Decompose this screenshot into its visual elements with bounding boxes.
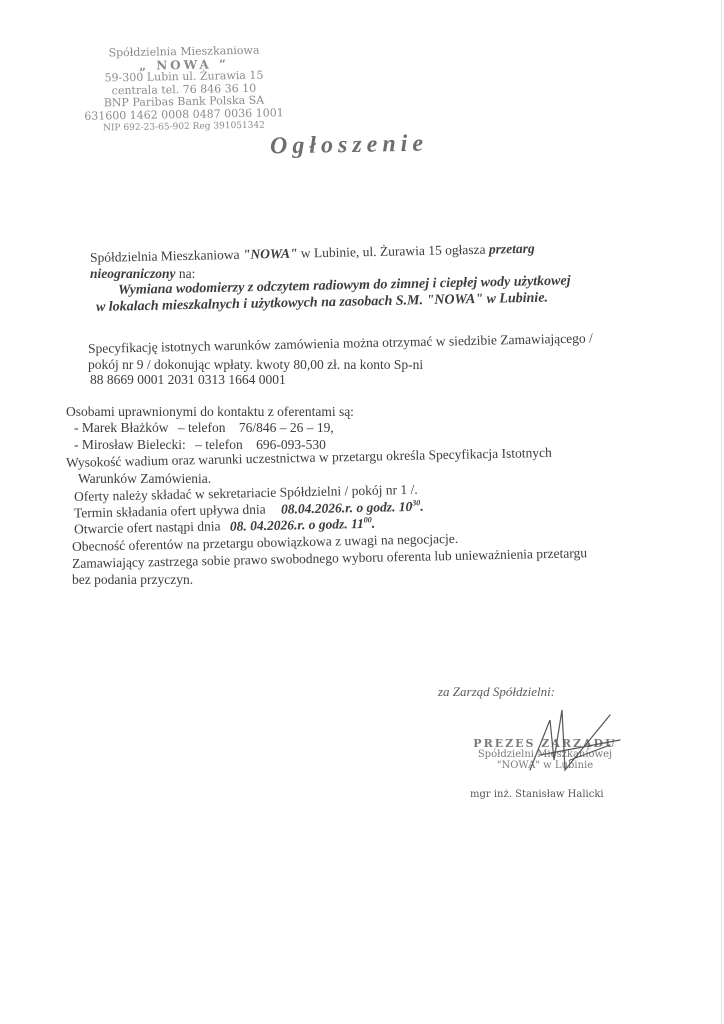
opening-minutes: 00 xyxy=(364,515,372,524)
intro-line-2: nieograniczony na: xyxy=(90,266,195,282)
contacts-heading: Osobami uprawnionymi do kontaktu z ofere… xyxy=(66,404,354,420)
deadline-date: 08.04.2026.r. o godz. 10 xyxy=(281,498,413,516)
intro-text: na: xyxy=(176,266,196,281)
company-stamp: Spółdzielnia Mieszkaniowa „ NOWA ” 59-30… xyxy=(84,46,284,134)
deadline-minutes: 30 xyxy=(412,498,420,507)
cooperative-name: "NOWA" xyxy=(243,246,298,262)
reserve-line-2: bez podania przyczyn. xyxy=(72,572,193,588)
deadline-value: 08.04.2026.r. o godz. 1030. xyxy=(281,498,424,516)
contact-name: - Marek Błażków xyxy=(74,420,168,435)
opening-date: 08. 04.2026.r. o godz. 11 xyxy=(230,515,364,533)
tender-type: przetarg xyxy=(489,241,535,257)
document-title: Ogłoszenie xyxy=(270,131,428,161)
stamp-line: NIP 692-23-65-902 Reg 391051342 xyxy=(84,119,284,135)
opening-value: 08. 04.2026.r. o godz. 1100. xyxy=(230,515,376,533)
signature-label: za Zarząd Spółdzielni: xyxy=(438,684,555,700)
intro-line-1: Spółdzielnia Mieszkaniowa "NOWA" w Lubin… xyxy=(90,241,535,266)
contact-label: – telefon xyxy=(195,437,243,452)
contact-phone: 76/846 – 26 – 19, xyxy=(239,420,334,435)
conditions-line-2: Warunków Zamówienia. xyxy=(78,471,211,487)
spec-line-2: pokój nr 9 / dokonując wpłaty. kwoty 80,… xyxy=(88,357,423,373)
bank-account: 88 8669 0001 2031 0313 1664 0001 xyxy=(90,372,286,388)
spec-line-1: Specyfikację istotnych warunków zamówien… xyxy=(88,330,593,357)
tender-type: nieograniczony xyxy=(90,266,176,281)
signatory-name: mgr inż. Stanisław Halicki xyxy=(470,789,604,800)
handwritten-signature-icon xyxy=(470,700,630,780)
page-edge xyxy=(721,0,722,1024)
intro-text: Spółdzielnia Mieszkaniowa xyxy=(90,247,243,265)
contact-row: - Marek Błażków – telefon 76/846 – 26 – … xyxy=(74,420,334,436)
contact-name: - Mirosław Bielecki: xyxy=(74,437,186,452)
opening-label: Otwarcie ofert nastąpi dnia xyxy=(74,518,221,536)
intro-text: w Lubinie, ul. Żurawia 15 ogłasza xyxy=(297,242,489,261)
contact-label: – telefon xyxy=(178,420,226,435)
